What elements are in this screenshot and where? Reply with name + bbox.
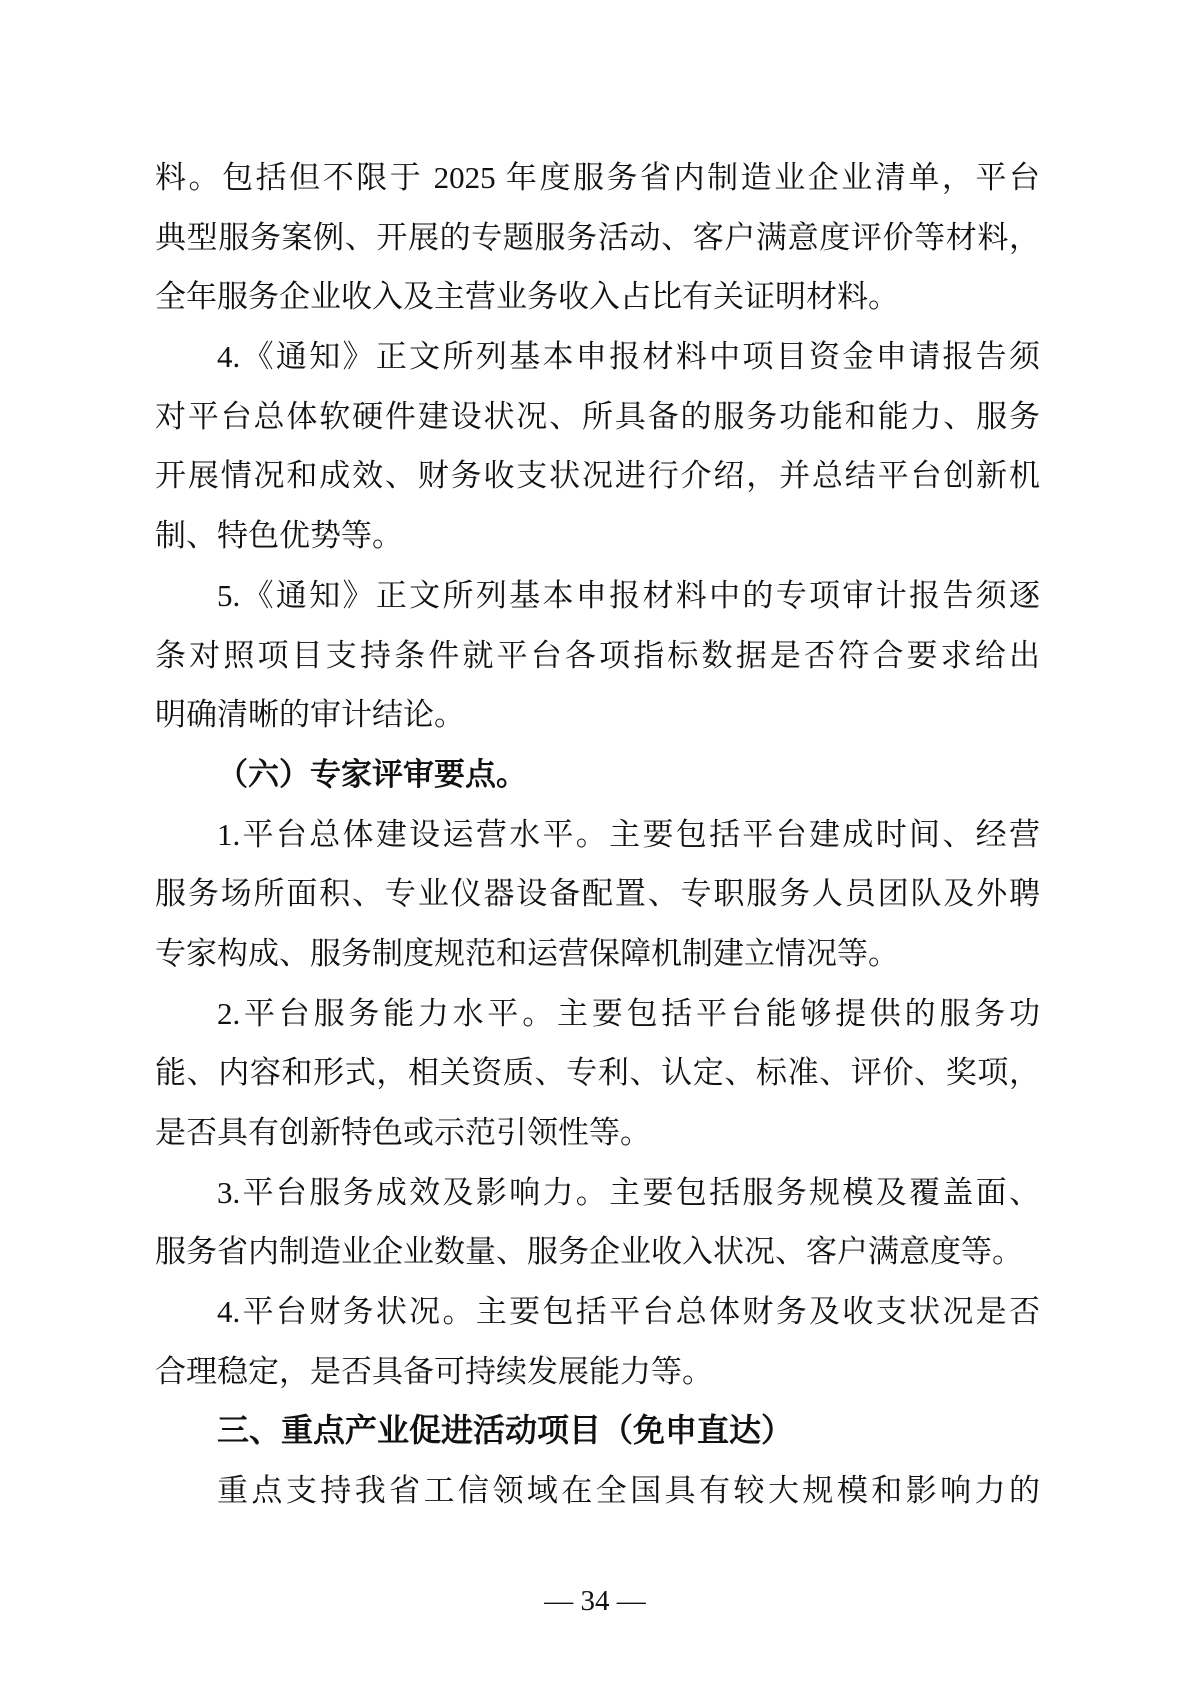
text-line: 能、内容和形式，相关资质、专利、认定、标准、评价、奖项，: [155, 1043, 1040, 1103]
text-line: 2.平台服务能力水平。主要包括平台能够提供的服务功: [155, 984, 1040, 1044]
paragraph: 1.平台总体建设运营水平。主要包括平台建成时间、经营服务场所面积、专业仪器设备配…: [155, 805, 1040, 984]
document-page: 料。包括但不限于 2025 年度服务省内制造业企业清单，平台典型服务案例、开展的…: [0, 0, 1190, 1683]
text-line: 条对照项目支持条件就平台各项指标数据是否符合要求给出: [155, 626, 1040, 686]
text-line: 1.平台总体建设运营水平。主要包括平台建成时间、经营: [155, 805, 1040, 865]
text-line: 明确清晰的审计结论。: [155, 685, 1040, 745]
text-line: 重点支持我省工信领域在全国具有较大规模和影响力的: [155, 1461, 1040, 1521]
text-line: （六）专家评审要点。: [155, 745, 1040, 805]
text-line: 是否具有创新特色或示范引领性等。: [155, 1103, 1040, 1163]
text-line: 5.《通知》正文所列基本申报材料中的专项审计报告须逐: [155, 566, 1040, 626]
text-line: 3.平台服务成效及影响力。主要包括服务规模及覆盖面、: [155, 1163, 1040, 1223]
text-line: 开展情况和成效、财务收支状况进行介绍，并总结平台创新机: [155, 446, 1040, 506]
page-footer: — 34 —: [0, 1581, 1190, 1621]
text-line: 4.平台财务状况。主要包括平台总体财务及收支状况是否: [155, 1282, 1040, 1342]
paragraph: 4.《通知》正文所列基本申报材料中项目资金申请报告须对平台总体软硬件建设状况、所…: [155, 327, 1040, 566]
document-body: 料。包括但不限于 2025 年度服务省内制造业企业清单，平台典型服务案例、开展的…: [155, 148, 1040, 1521]
text-line: 制、特色优势等。: [155, 506, 1040, 566]
text-line: 4.《通知》正文所列基本申报材料中项目资金申请报告须: [155, 327, 1040, 387]
paragraph: 3.平台服务成效及影响力。主要包括服务规模及覆盖面、服务省内制造业企业数量、服务…: [155, 1163, 1040, 1282]
text-line: 全年服务企业收入及主营业务收入占比有关证明材料。: [155, 267, 1040, 327]
paragraph: 2.平台服务能力水平。主要包括平台能够提供的服务功能、内容和形式，相关资质、专利…: [155, 984, 1040, 1163]
text-line: 典型服务案例、开展的专题服务活动、客户满意度评价等材料，: [155, 208, 1040, 268]
text-line: 三、重点产业促进活动项目（免申直达）: [155, 1401, 1040, 1461]
section-heading: 三、重点产业促进活动项目（免申直达）: [155, 1401, 1040, 1461]
text-line: 合理稳定，是否具备可持续发展能力等。: [155, 1342, 1040, 1402]
text-line: 对平台总体软硬件建设状况、所具备的服务功能和能力、服务: [155, 387, 1040, 447]
section-heading: （六）专家评审要点。: [155, 745, 1040, 805]
text-line: 专家构成、服务制度规范和运营保障机制建立情况等。: [155, 924, 1040, 984]
paragraph: 5.《通知》正文所列基本申报材料中的专项审计报告须逐条对照项目支持条件就平台各项…: [155, 566, 1040, 745]
text-line: 服务省内制造业企业数量、服务企业收入状况、客户满意度等。: [155, 1222, 1040, 1282]
paragraph: 4.平台财务状况。主要包括平台总体财务及收支状况是否合理稳定，是否具备可持续发展…: [155, 1282, 1040, 1401]
paragraph: 料。包括但不限于 2025 年度服务省内制造业企业清单，平台典型服务案例、开展的…: [155, 148, 1040, 327]
page-number: — 34 —: [544, 1585, 646, 1617]
paragraph: 重点支持我省工信领域在全国具有较大规模和影响力的: [155, 1461, 1040, 1521]
text-line: 料。包括但不限于 2025 年度服务省内制造业企业清单，平台: [155, 148, 1040, 208]
text-line: 服务场所面积、专业仪器设备配置、专职服务人员团队及外聘: [155, 864, 1040, 924]
